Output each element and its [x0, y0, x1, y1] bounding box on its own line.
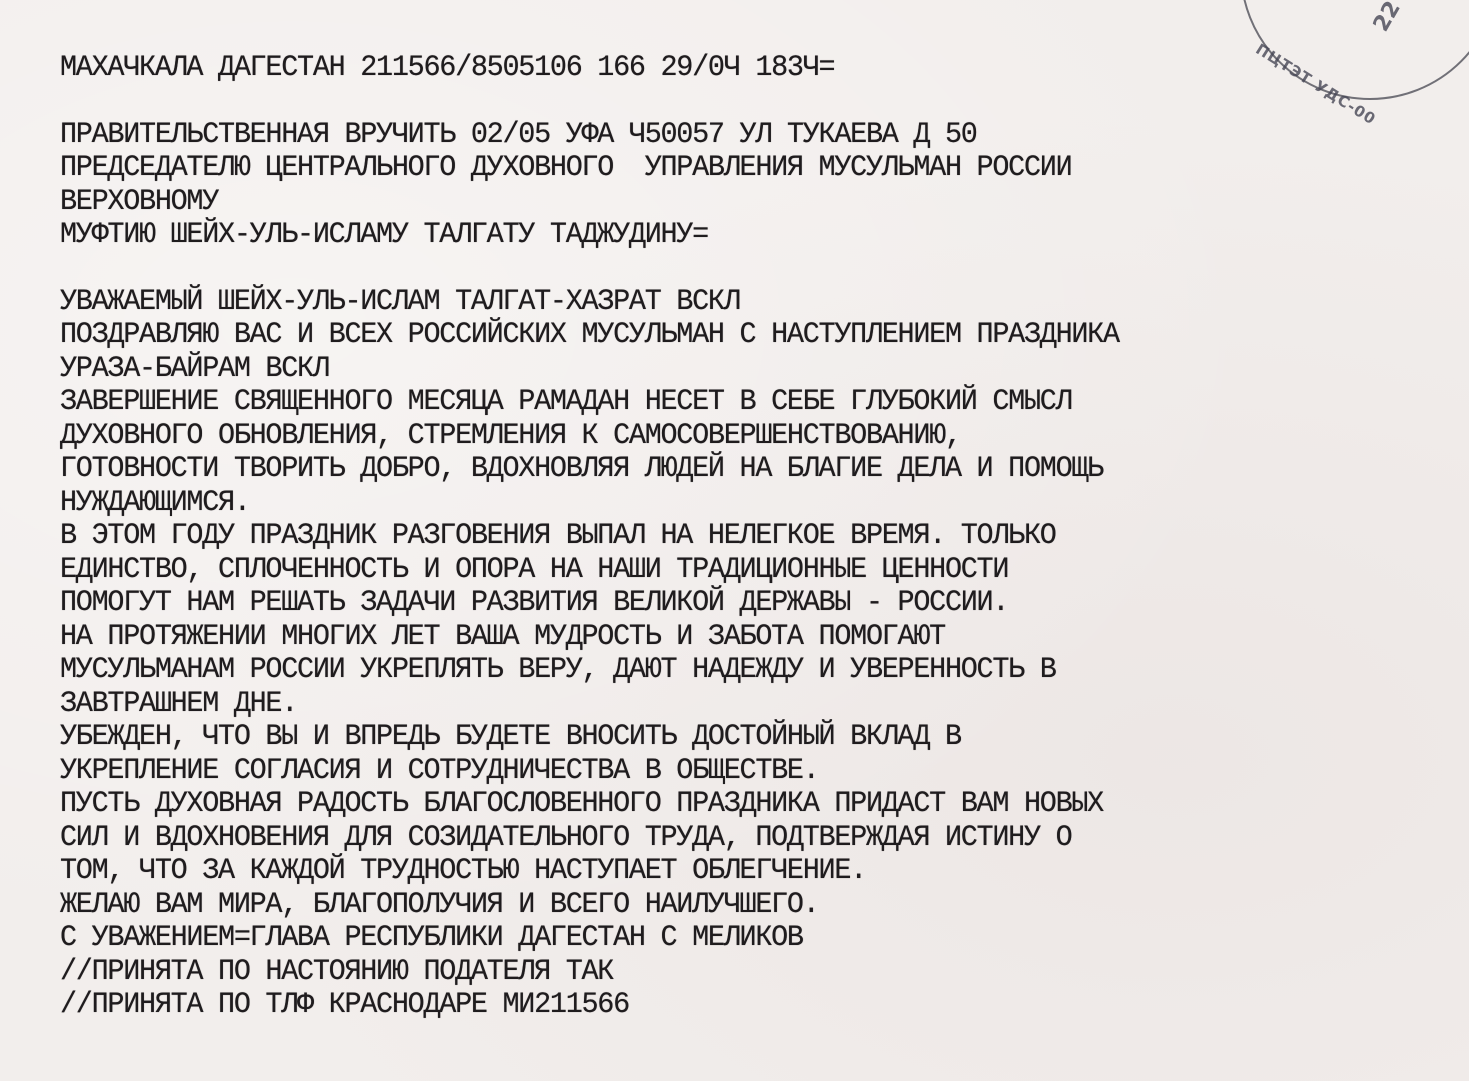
body-line: ПОМОГУТ НАМ РЕШАТЬ ЗАДАЧИ РАЗВИТИЯ ВЕЛИК… — [60, 585, 1420, 620]
body-line: ЗАВТРАШНЕМ ДНЕ. — [60, 686, 1420, 721]
body-line: МУСУЛЬМАНАМ РОССИИ УКРЕПЛЯТЬ ВЕРУ, ДАЮТ … — [60, 652, 1420, 687]
telegram-message-body: УВАЖАЕМЫЙ ШЕЙХ-УЛЬ-ИСЛАМ ТАЛГАТ-ХАЗРАТ В… — [60, 284, 1420, 1021]
body-line: ЗАВЕРШЕНИЕ СВЯЩЕННОГО МЕСЯЦА РАМАДАН НЕС… — [60, 384, 1420, 419]
address-line: ВЕРХОВНОМУ — [60, 184, 1420, 219]
body-line: В ЭТОМ ГОДУ ПРАЗДНИК РАЗГОВЕНИЯ ВЫПАЛ НА… — [60, 518, 1420, 553]
body-line: ДУХОВНОГО ОБНОВЛЕНИЯ, СТРЕМЛЕНИЯ К САМОС… — [60, 418, 1420, 453]
address-line: ПРАВИТЕЛЬСТВЕННАЯ ВРУЧИТЬ 02/05 УФА Ч500… — [60, 117, 1420, 152]
body-line: НА ПРОТЯЖЕНИИ МНОГИХ ЛЕТ ВАША МУДРОСТЬ И… — [60, 619, 1420, 654]
body-line: УБЕЖДЕН, ЧТО ВЫ И ВПРЕДЬ БУДЕТЕ ВНОСИТЬ … — [60, 719, 1420, 754]
body-line: УКРЕПЛЕНИЕ СОГЛАСИЯ И СОТРУДНИЧЕСТВА В О… — [60, 753, 1420, 788]
greeting-line: УВАЖАЕМЫЙ ШЕЙХ-УЛЬ-ИСЛАМ ТАЛГАТ-ХАЗРАТ В… — [60, 284, 1420, 319]
body-line: УРАЗА-БАЙРАМ ВСКЛ — [60, 351, 1420, 386]
service-note-line: //ПРИНЯТА ПО НАСТОЯНИЮ ПОДАТЕЛЯ ТАК — [60, 954, 1420, 989]
telegram-header-line: МАХАЧКАЛА ДАГЕСТАН 211566/8505106 166 29… — [60, 50, 1420, 85]
body-line: ЕДИНСТВО, СПЛОЧЕННОСТЬ И ОПОРА НА НАШИ Т… — [60, 552, 1420, 587]
service-note-line: //ПРИНЯТА ПО ТЛФ КРАСНОДАРЕ МИ211566 — [60, 987, 1420, 1022]
signature-line: С УВАЖЕНИЕМ=ГЛАВА РЕСПУБЛИКИ ДАГЕСТАН С … — [60, 920, 1420, 955]
address-line: МУФТИЮ ШЕЙХ-УЛЬ-ИСЛАМУ ТАЛГАТУ ТАДЖУДИНУ… — [60, 217, 1420, 252]
body-line: СИЛ И ВДОХНОВЕНИЯ ДЛЯ СОЗИДАТЕЛЬНОГО ТРУ… — [60, 820, 1420, 855]
body-line: ПОЗДРАВЛЯЮ ВАС И ВСЕХ РОССИЙСКИХ МУСУЛЬМ… — [60, 317, 1420, 352]
address-line: ПРЕДСЕДАТЕЛЮ ЦЕНТРАЛЬНОГО ДУХОВНОГО УПРА… — [60, 150, 1420, 185]
telegram-address-block: ПРАВИТЕЛЬСТВЕННАЯ ВРУЧИТЬ 02/05 УФА Ч500… — [60, 117, 1420, 251]
body-line: ПУСТЬ ДУХОВНАЯ РАДОСТЬ БЛАГОСЛОВЕННОГО П… — [60, 786, 1420, 821]
body-line: ЖЕЛАЮ ВАМ МИРА, БЛАГОПОЛУЧИЯ И ВСЕГО НАИ… — [60, 887, 1420, 922]
body-line: НУЖДАЮЩИМСЯ. — [60, 485, 1420, 520]
body-line: ГОТОВНОСТИ ТВОРИТЬ ДОБРО, ВДОХНОВЛЯЯ ЛЮД… — [60, 451, 1420, 486]
telegram-document: МАХАЧКАЛА ДАГЕСТАН 211566/8505106 166 29… — [60, 50, 1420, 1021]
body-line: ТОМ, ЧТО ЗА КАЖДОЙ ТРУДНОСТЬЮ НАСТУПАЕТ … — [60, 853, 1420, 888]
